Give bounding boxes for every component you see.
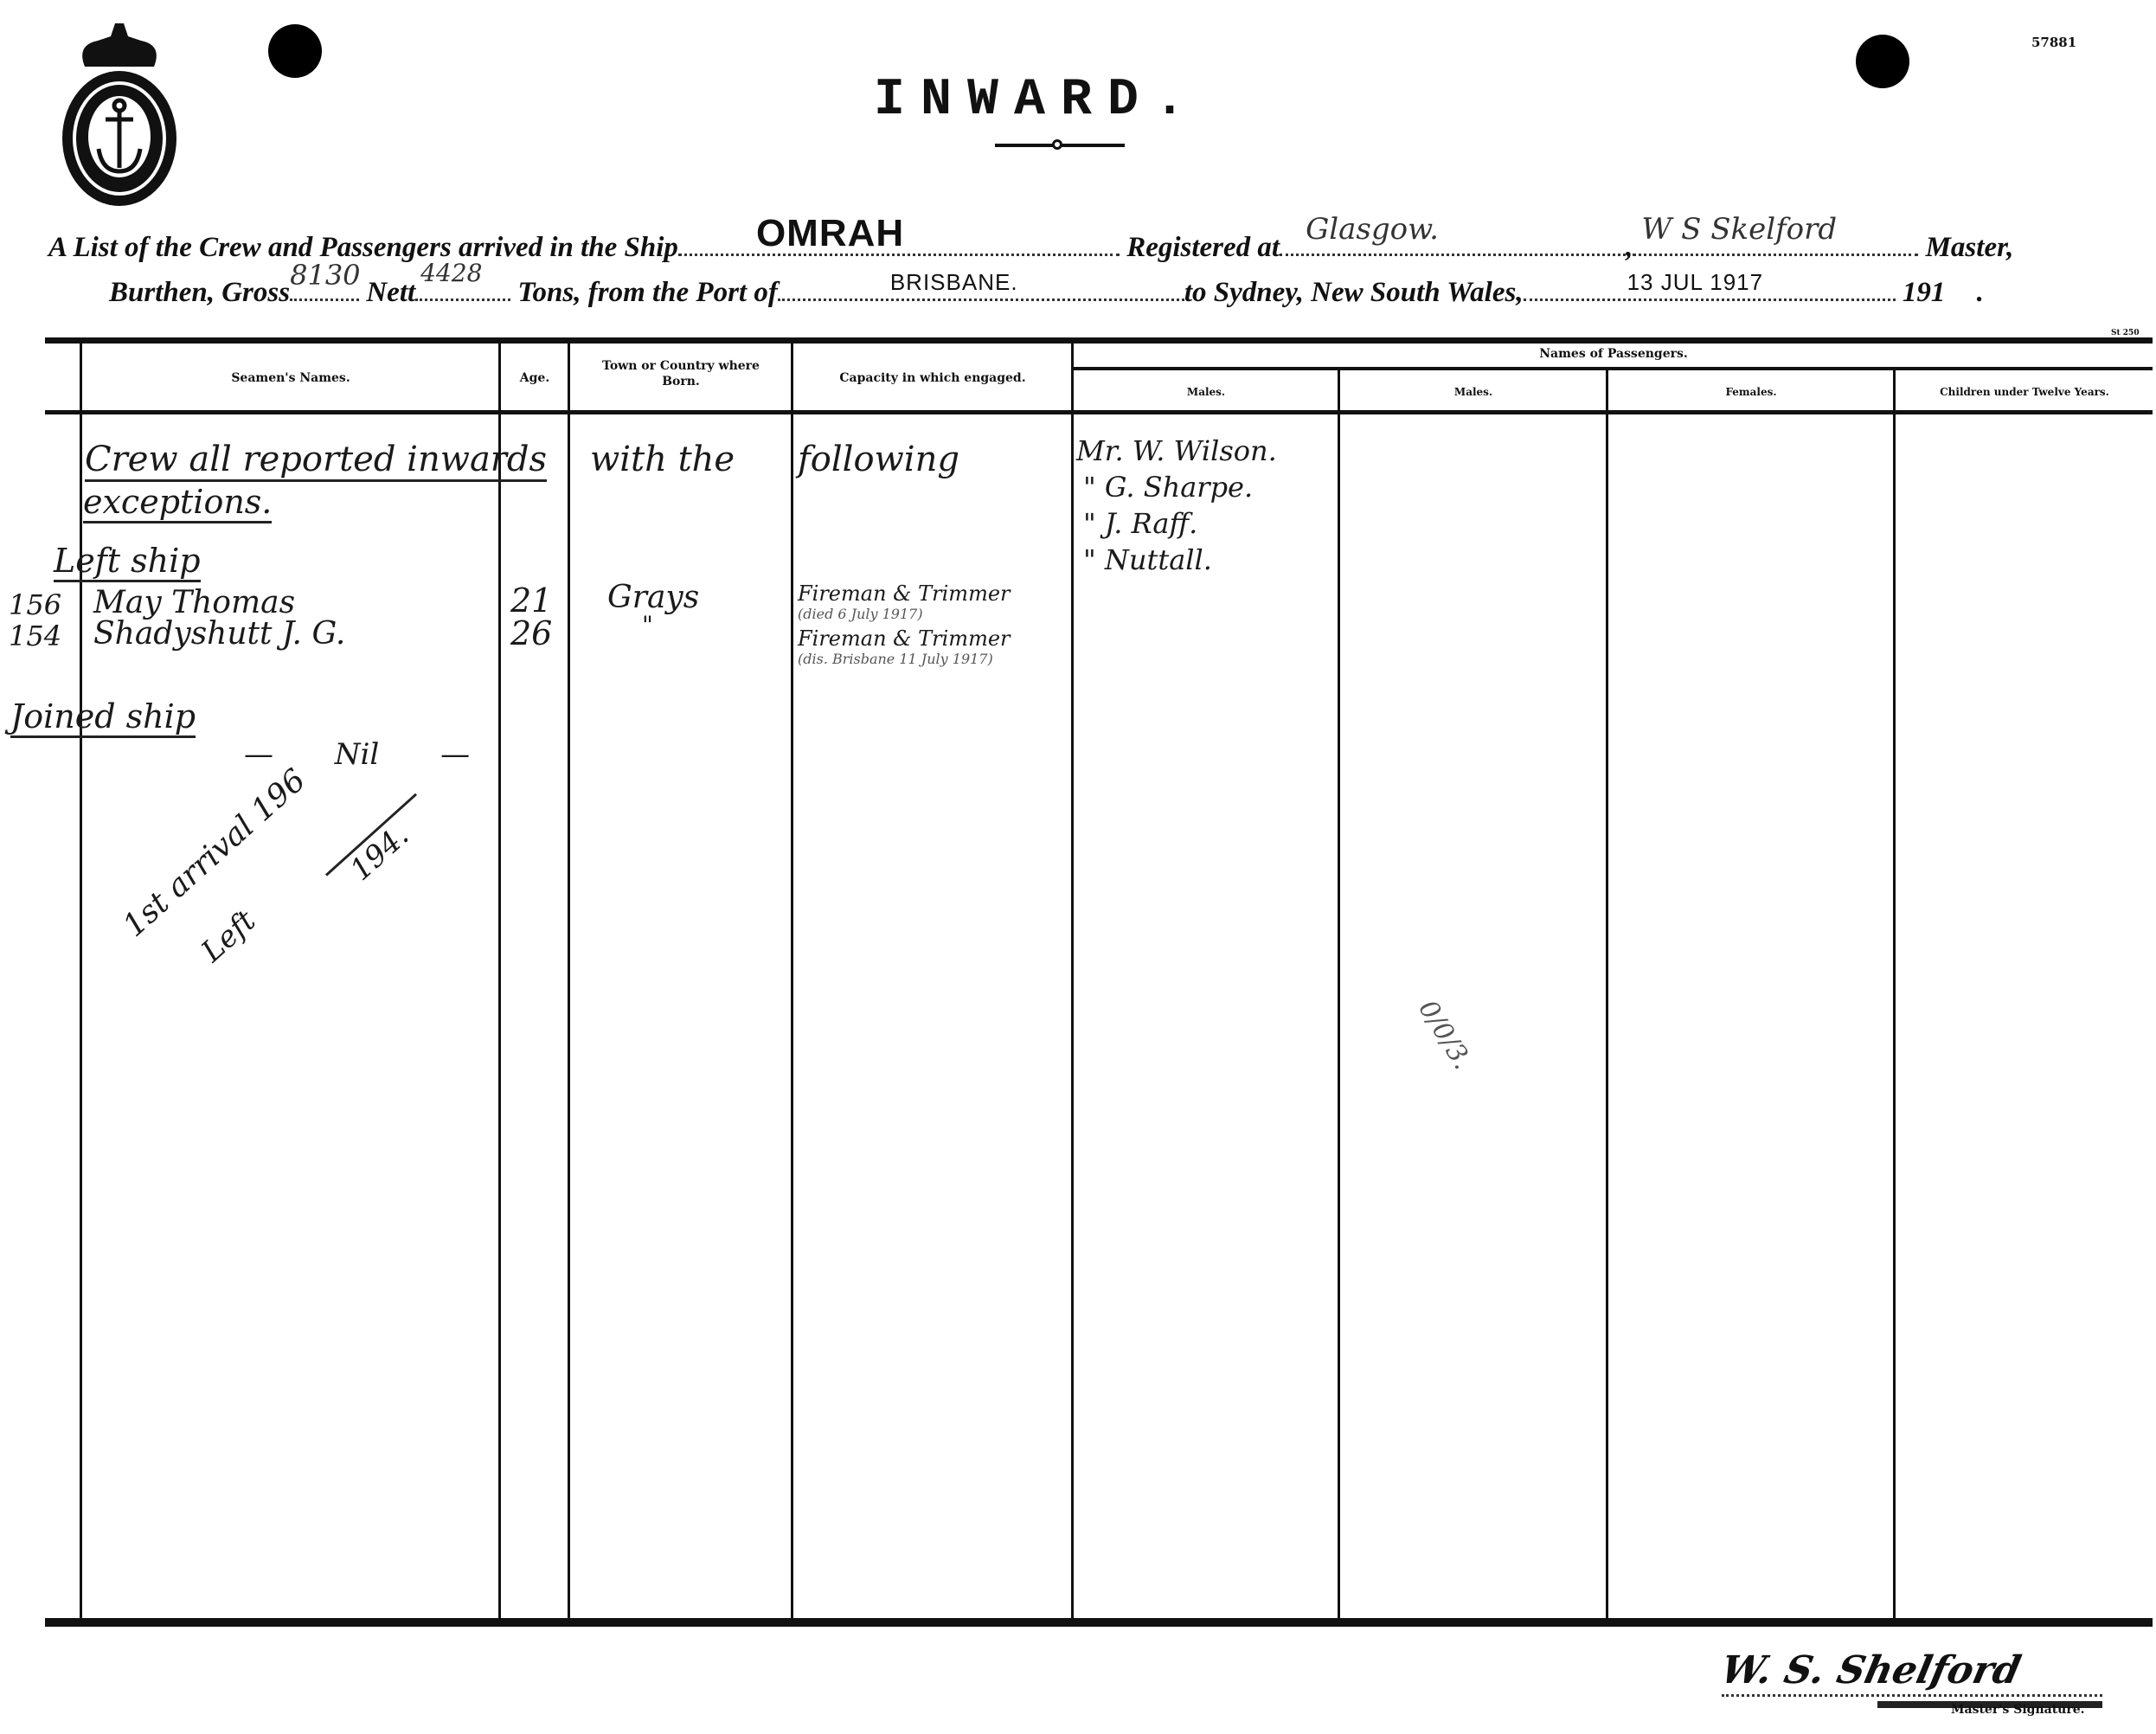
crew-born: Grays xyxy=(607,580,699,615)
from-port-field[interactable]: BRISBANE. xyxy=(778,279,1184,301)
crew-name: May Thomas xyxy=(93,585,295,620)
crew-note: (dis. Brisbane 11 July 1917) xyxy=(798,651,993,667)
header-seamens-names: Seamen's Names. xyxy=(83,370,498,386)
punch-hole xyxy=(268,24,322,78)
tons-from-label: Tons, from the Port of xyxy=(517,277,777,308)
column-divider xyxy=(1893,370,1896,1622)
annotation-left-count: 194. xyxy=(343,819,415,888)
gross-tons: 8130 xyxy=(290,259,360,292)
nett-tons: 4428 xyxy=(420,259,482,287)
column-divider xyxy=(791,337,793,1622)
year-prefix: 191 xyxy=(1903,277,1946,308)
column-divider xyxy=(80,337,82,1622)
form-number: 57881 xyxy=(2031,35,2076,50)
note-following: following xyxy=(798,440,959,479)
left-ship-label: Left ship xyxy=(54,542,201,582)
crew-number: 154 xyxy=(9,620,61,652)
joined-ship-value: — Nil — xyxy=(244,737,470,772)
column-divider xyxy=(1338,370,1340,1622)
header-bottom-rule xyxy=(45,410,2153,414)
signature-label: Master's Signature. xyxy=(1951,1703,2085,1717)
to-label: to Sydney, New South Wales, xyxy=(1184,277,1524,308)
from-port: BRISBANE. xyxy=(890,269,1018,296)
table-top-rule xyxy=(45,337,2153,344)
master-signature: W. S. Shelford xyxy=(1717,1648,2025,1692)
crew-passenger-table: Seamen's Names. Age. Town or Country whe… xyxy=(45,337,2153,1622)
passenger-group-rule xyxy=(1073,367,2153,370)
punch-hole xyxy=(1856,35,1909,88)
column-divider xyxy=(498,337,501,1622)
note-with-the: with the xyxy=(590,440,735,479)
header-males-1: Males. xyxy=(1075,384,1338,400)
joined-ship-label: Joined ship xyxy=(10,697,196,738)
header-age: Age. xyxy=(502,370,568,386)
crew-name: Shadyshutt J. G. xyxy=(93,616,345,652)
ship-name-field[interactable]: OMRAH xyxy=(678,234,1120,256)
passenger-tally: 0/0/3. xyxy=(1412,995,1478,1075)
sheet-reference: St 250 xyxy=(2111,329,2140,337)
crew-number: 156 xyxy=(9,588,61,621)
column-divider xyxy=(568,337,570,1622)
master-name: W S Skelford xyxy=(1641,212,1837,247)
header-capacity: Capacity in which engaged. xyxy=(794,370,1071,386)
crew-capacity: Fireman & Trimmer xyxy=(798,626,1011,651)
note-crew-reported: Crew all reported inwards xyxy=(85,440,547,482)
master-label: Master, xyxy=(1926,232,2014,263)
nett-label: Nett xyxy=(366,277,415,308)
ship-name: OMRAH xyxy=(756,212,904,255)
crew-born: " xyxy=(642,611,653,639)
header-born: Town or Country where Born. xyxy=(590,358,772,389)
passenger-male: " Nuttall. xyxy=(1083,543,1212,576)
passenger-male: Mr. W. Wilson. xyxy=(1076,434,1277,467)
registered-port: Glasgow. xyxy=(1306,212,1439,247)
date-stamp: 13 JUL 1917 xyxy=(1627,269,1763,296)
nett-tons-field[interactable]: 4428 xyxy=(415,279,510,301)
burthen-line: Burthen, Gross8130 Nett4428 Tons, from t… xyxy=(109,277,1984,309)
date-field[interactable]: 13 JUL 1917 xyxy=(1524,279,1896,301)
anchor-crown-crest-icon xyxy=(50,19,189,209)
page-title: INWARD. xyxy=(874,71,1201,130)
table-bottom-rule xyxy=(45,1618,2153,1627)
year-suffix: . xyxy=(1977,277,1984,308)
crew-age: 26 xyxy=(510,614,552,652)
column-divider xyxy=(1071,337,1074,1622)
annotation-first-arrival: 1st arrival 196 xyxy=(117,762,313,944)
annotation-left: Left xyxy=(195,903,262,969)
passenger-male: " G. Sharpe. xyxy=(1083,471,1253,504)
gross-tons-field[interactable]: 8130 xyxy=(290,279,359,301)
burthen-label: Burthen, Gross xyxy=(109,277,290,308)
header-females: Females. xyxy=(1609,384,1893,400)
master-name-field[interactable]: W S Skelford xyxy=(1633,234,1918,256)
crew-capacity: Fireman & Trimmer xyxy=(798,581,1011,606)
registered-label: Registered at xyxy=(1126,232,1280,263)
line1-prefix: A List of the Crew and Passengers arrive… xyxy=(48,232,678,263)
note-exceptions: exceptions. xyxy=(83,483,272,523)
column-divider xyxy=(1606,370,1608,1622)
header-names-of-passengers: Names of Passengers. xyxy=(1075,346,2153,362)
header-males-2: Males. xyxy=(1341,384,1606,400)
signature-line[interactable] xyxy=(1722,1694,2102,1697)
title-ornament xyxy=(995,144,1125,147)
passenger-male: " J. Raff. xyxy=(1083,507,1197,540)
header-children: Children under Twelve Years. xyxy=(1896,384,2153,400)
crew-note: (died 6 July 1917) xyxy=(798,606,923,622)
registered-port-field[interactable]: Glasgow. xyxy=(1280,234,1626,256)
